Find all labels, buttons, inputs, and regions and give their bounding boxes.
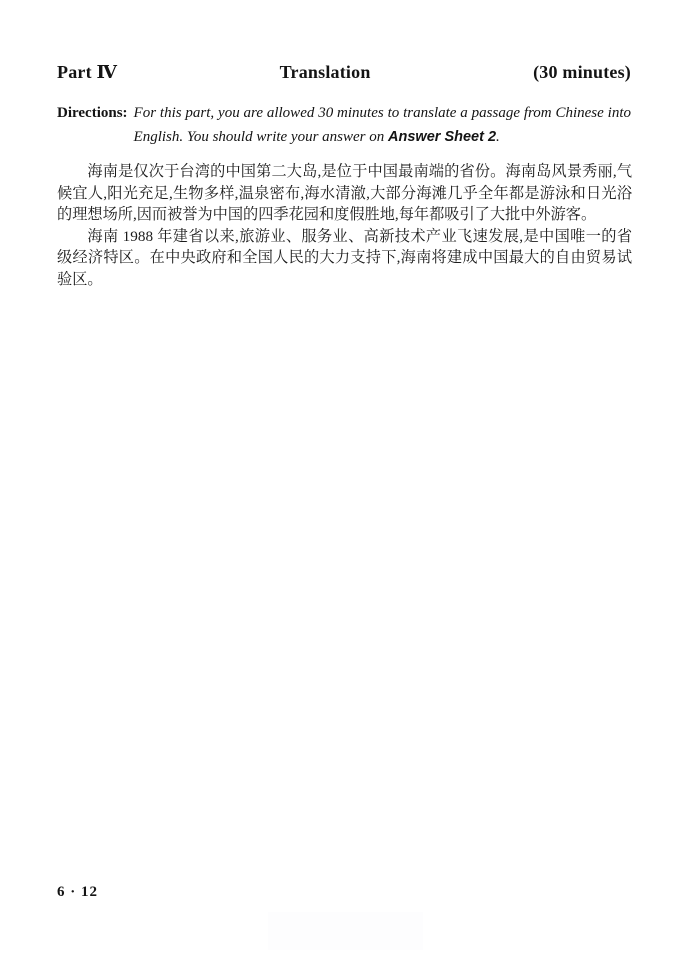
directions-text-before: For this part, you are allowed 30 minute… — [134, 105, 631, 145]
section-header: Part Ⅳ Translation (30 minutes) — [57, 62, 631, 83]
answer-sheet-reference: Answer Sheet 2 — [388, 129, 496, 145]
directions-text: For this part, you are allowed 30 minute… — [134, 101, 631, 149]
part-label: Part Ⅳ — [57, 62, 117, 83]
watermark — [268, 912, 423, 950]
section-title: Translation — [117, 62, 533, 83]
passage-paragraph-1: 海南是仅次于台湾的中国第二大岛,是位于中国最南端的省份。海南岛风景秀丽,气候宜人… — [57, 161, 632, 226]
exam-page: Part Ⅳ Translation (30 minutes) Directio… — [0, 0, 688, 971]
directions-label: Directions: — [57, 101, 134, 125]
time-limit: (30 minutes) — [533, 62, 631, 83]
passage-paragraph-2: 海南 1988 年建省以来,旅游业、服务业、高新技术产业飞速发展,是中国唯一的省… — [57, 226, 632, 291]
page-number: 6 · 12 — [57, 884, 98, 901]
translation-passage: 海南是仅次于台湾的中国第二大岛,是位于中国最南端的省份。海南岛风景秀丽,气候宜人… — [57, 161, 632, 290]
directions-text-after: . — [496, 129, 500, 145]
directions: Directions: For this part, you are allow… — [57, 101, 631, 149]
